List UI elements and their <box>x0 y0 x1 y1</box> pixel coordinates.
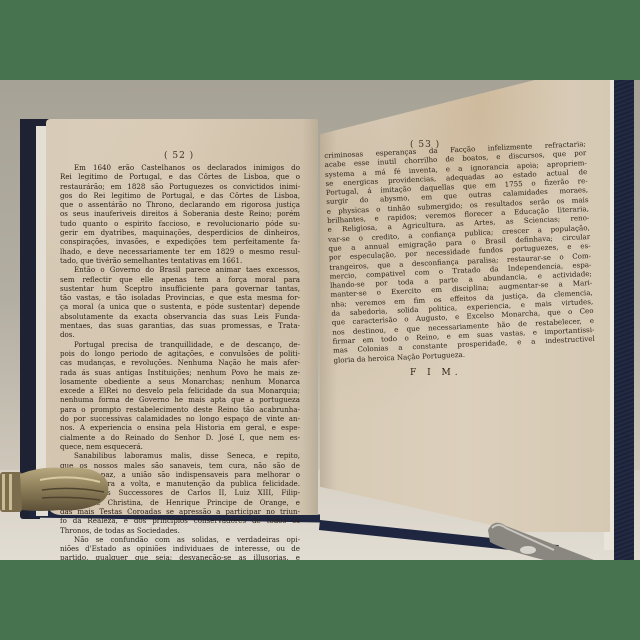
text-line: cialmente a do Reinado do Senhor D. José… <box>60 433 300 442</box>
right-page: ( 53 ) criminosas esperanças da Facção i… <box>320 80 610 532</box>
text-line: tão vastas, e tão isoladas Provincias, e… <box>60 293 300 302</box>
text-line: conspirações, invasões, e expedições tem… <box>60 237 300 246</box>
book-cover-right <box>614 80 634 560</box>
page-number-left: ( 52 ) <box>164 151 194 161</box>
text-line: ça moral (a unica que o sustenta, e póde… <box>60 302 300 311</box>
bottom-border <box>0 560 640 640</box>
text-line: para o prompto restabelecimento deste Re… <box>60 405 300 414</box>
text-line: cas mudanças, e revoluções. Nenhuma Naçã… <box>60 358 300 367</box>
text-line: tudo quanto o espirito faccioso, e revol… <box>60 219 300 228</box>
text-line: Portugal precisa de tranquillidade, e de… <box>60 340 300 349</box>
text-line: gerir em dyatribes, maquinações, desperd… <box>60 228 300 237</box>
top-border <box>0 0 640 80</box>
text-line: pois do longo periodo de agitações, e co… <box>60 349 300 358</box>
end-mark: F I M. <box>410 368 462 378</box>
text-line: dos. <box>60 330 300 339</box>
text-line: Não se confundão com as solidas, e verda… <box>60 535 300 544</box>
text-line: Rei legitimo de Portugal, e das Côrtes d… <box>60 172 300 181</box>
letter-opener-icon <box>484 520 594 560</box>
text-line: rada ás suas antigas Instituições; nenhu… <box>60 368 300 377</box>
text-line: absolutamente da exacta observancia das … <box>60 312 300 321</box>
brass-hand-weight-icon <box>0 460 112 520</box>
text-line: excede a ElRei no desvelo pela felicidad… <box>60 386 300 395</box>
text-line: sem reflectir que elle apenas tem a forç… <box>60 275 300 284</box>
text-line: nos. A experiencia o ensina pela Histori… <box>60 423 300 432</box>
text-line: os seus inauferiveis direitos á Soberani… <box>60 209 300 218</box>
text-line: losamente obediente a seus Monarchas; ne… <box>60 377 300 386</box>
text-line: mentaes, das suas garantias, das suas pr… <box>60 321 300 330</box>
text-line: que o assentárão no Throno, declarando e… <box>60 200 300 209</box>
text-line: restaurárão; em 1828 são Portuguezes os … <box>60 182 300 191</box>
text-line: nenhuma forma de Governo he mais apta qu… <box>60 395 300 404</box>
text-line: lhado, e deve necessariamente ter em 182… <box>60 247 300 256</box>
text-line: quece, nem esquecerá. <box>60 442 300 451</box>
text-line: tado, que tivérão semelhantes tentativas… <box>60 256 300 265</box>
text-line: do por successivas calamidades no longo … <box>60 414 300 423</box>
left-page: ( 52 ) Em 1640 erão Castelhanos os decla… <box>46 119 318 515</box>
text-line: Thronos, de todas as Sociedades. <box>60 526 300 535</box>
text-line: niões d'Estado as opiniões individuaes d… <box>60 544 300 553</box>
book-photo: ( 52 ) Em 1640 erão Castelhanos os decla… <box>0 80 640 560</box>
right-page-text: criminosas esperanças da Facção infelizm… <box>324 139 595 364</box>
text-line: Em 1640 erão Castelhanos os declarados i… <box>60 163 300 172</box>
text-line: sustentar hum Sceptro insufficiente para… <box>60 284 300 293</box>
text-line: gos do Rei legitimo de Portugal, e das C… <box>60 191 300 200</box>
text-line: Então o Governo do Brasil parece animar … <box>60 265 300 274</box>
